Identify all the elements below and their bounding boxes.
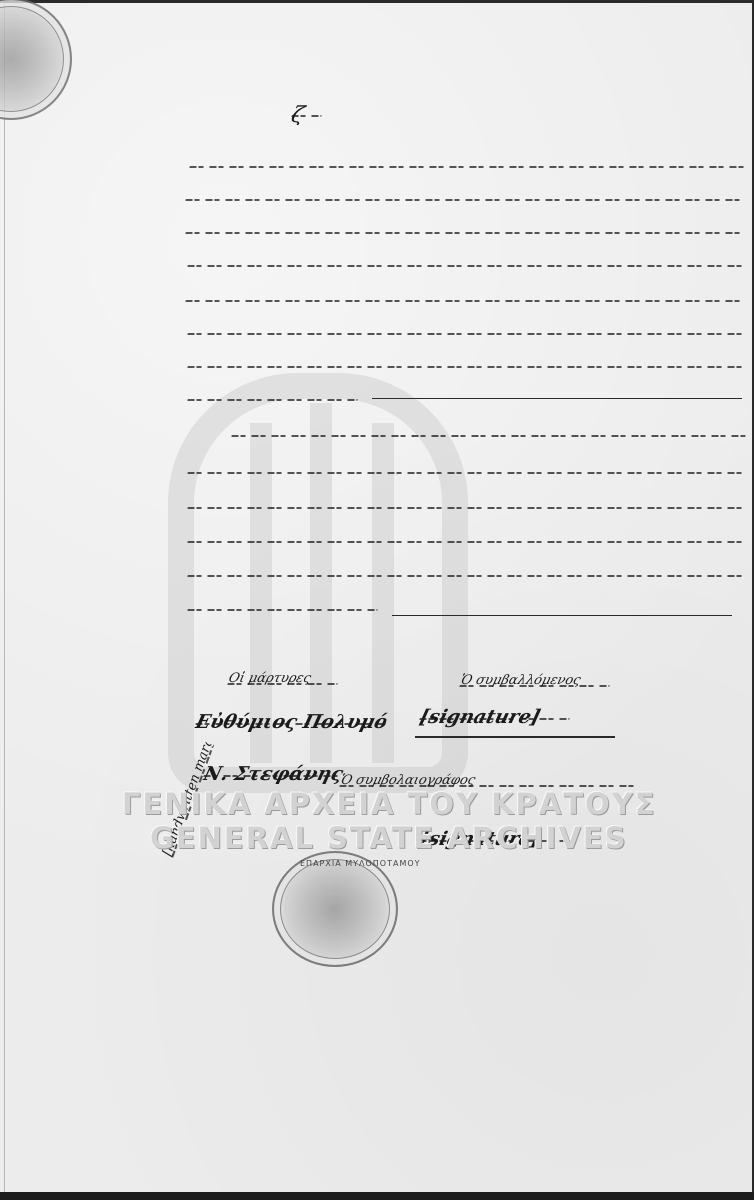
witness-2-signature: Ν. Στεφάνης [201, 763, 346, 785]
signature-underline [415, 736, 615, 738]
witnesses-label: Οἱ μάρτυρες [225, 671, 340, 693]
line-filler-rule [392, 615, 732, 616]
party-signature: [signature] [417, 706, 572, 728]
text-line [185, 495, 746, 517]
text-line [185, 460, 746, 482]
text-line [187, 154, 747, 176]
page-marker: ζ [289, 103, 324, 125]
witness-1-signature: Εὐθύμιος Πολυμόρης [193, 711, 388, 733]
text-line [183, 220, 748, 242]
seal-stamp-top [0, 0, 72, 120]
text-line [185, 321, 748, 343]
line-filler-rule [372, 398, 742, 399]
text-line [229, 423, 748, 445]
party-label: Ὁ συμβαλλόμενος [457, 673, 612, 695]
watermark-english: GENERAL STATE ARCHIVES [150, 821, 628, 855]
text-line [183, 187, 748, 209]
text-line [185, 563, 746, 585]
document-page: ζ Οἱ μάρτυρες Ὁ συμβαλλόμενος Εὐθύμιος Π… [0, 3, 752, 1192]
text-line [185, 387, 360, 409]
seal-legend: ΕΠΑΡΧΙΑ ΜΥΛΟΠΟΤΑΜΟΥ [300, 859, 421, 868]
text-line [183, 288, 748, 310]
text-line [185, 354, 748, 376]
text-line [185, 597, 380, 619]
text-line [185, 253, 748, 275]
page-edge-line [4, 3, 5, 1192]
watermark-greek: ΓΕΝΙΚΑ ΑΡΧΕΙΑ ΤΟΥ ΚΡΑΤΟΥΣ [122, 787, 657, 821]
scan-border [0, 1192, 754, 1200]
text-line [185, 529, 746, 551]
seal-stamp-bottom [272, 851, 398, 967]
